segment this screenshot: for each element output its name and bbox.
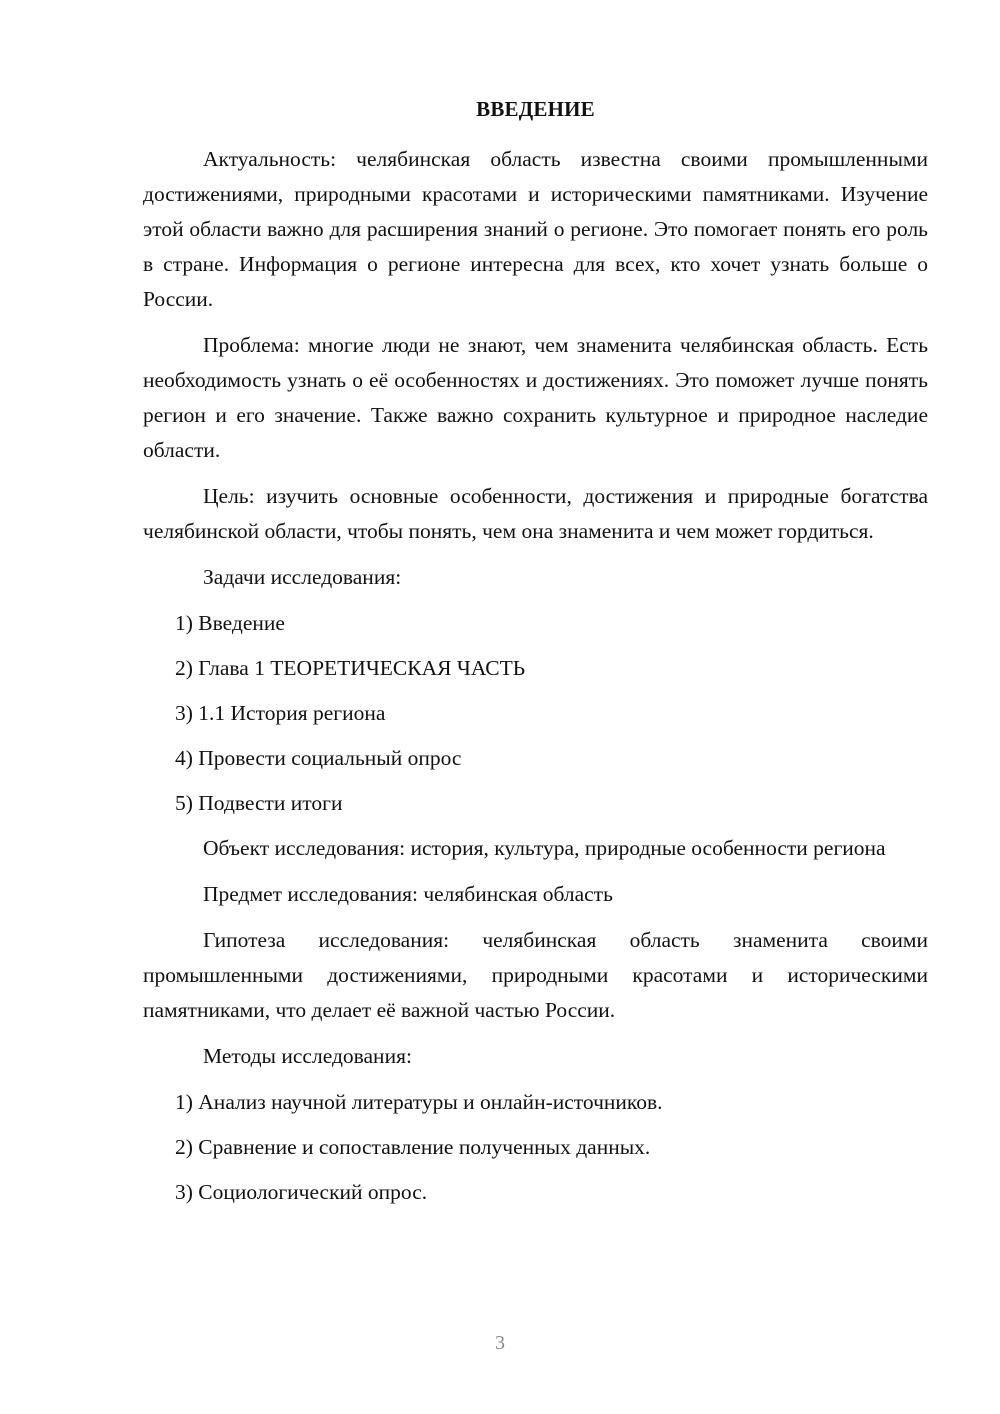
list-item: 2) Глава 1 ТЕОРЕТИЧЕСКАЯ ЧАСТЬ	[143, 651, 928, 686]
methods-heading: Методы исследования:	[143, 1039, 928, 1074]
page-content: ВВЕДЕНИЕ Актуальность: челябинская облас…	[143, 92, 928, 1220]
paragraph-object: Объект исследования: история, культура, …	[143, 831, 928, 866]
list-item: 1) Анализ научной литературы и онлайн-ис…	[143, 1085, 928, 1120]
list-item: 3) 1.1 История региона	[143, 696, 928, 731]
paragraph-relevance: Актуальность: челябинская область извест…	[143, 142, 928, 317]
paragraph-hypothesis: Гипотеза исследования: челябинская облас…	[143, 923, 928, 1028]
list-item: 5) Подвести итоги	[143, 786, 928, 821]
list-item: 3) Социологический опрос.	[143, 1175, 928, 1210]
methods-list: 1) Анализ научной литературы и онлайн-ис…	[143, 1085, 928, 1210]
document-page: ВВЕДЕНИЕ Актуальность: челябинская облас…	[0, 0, 1000, 1414]
tasks-list: 1) Введение 2) Глава 1 ТЕОРЕТИЧЕСКАЯ ЧАС…	[143, 606, 928, 821]
paragraph-problem: Проблема: многие люди не знают, чем знам…	[143, 328, 928, 468]
tasks-heading: Задачи исследования:	[143, 560, 928, 595]
list-item: 2) Сравнение и сопоставление полученных …	[143, 1130, 928, 1165]
list-item: 1) Введение	[143, 606, 928, 641]
paragraph-goal: Цель: изучить основные особенности, дост…	[143, 479, 928, 549]
page-number: 3	[0, 1332, 1000, 1355]
paragraph-subject: Предмет исследования: челябинская област…	[143, 877, 928, 912]
section-title: ВВЕДЕНИЕ	[143, 92, 928, 127]
list-item: 4) Провести социальный опрос	[143, 741, 928, 776]
